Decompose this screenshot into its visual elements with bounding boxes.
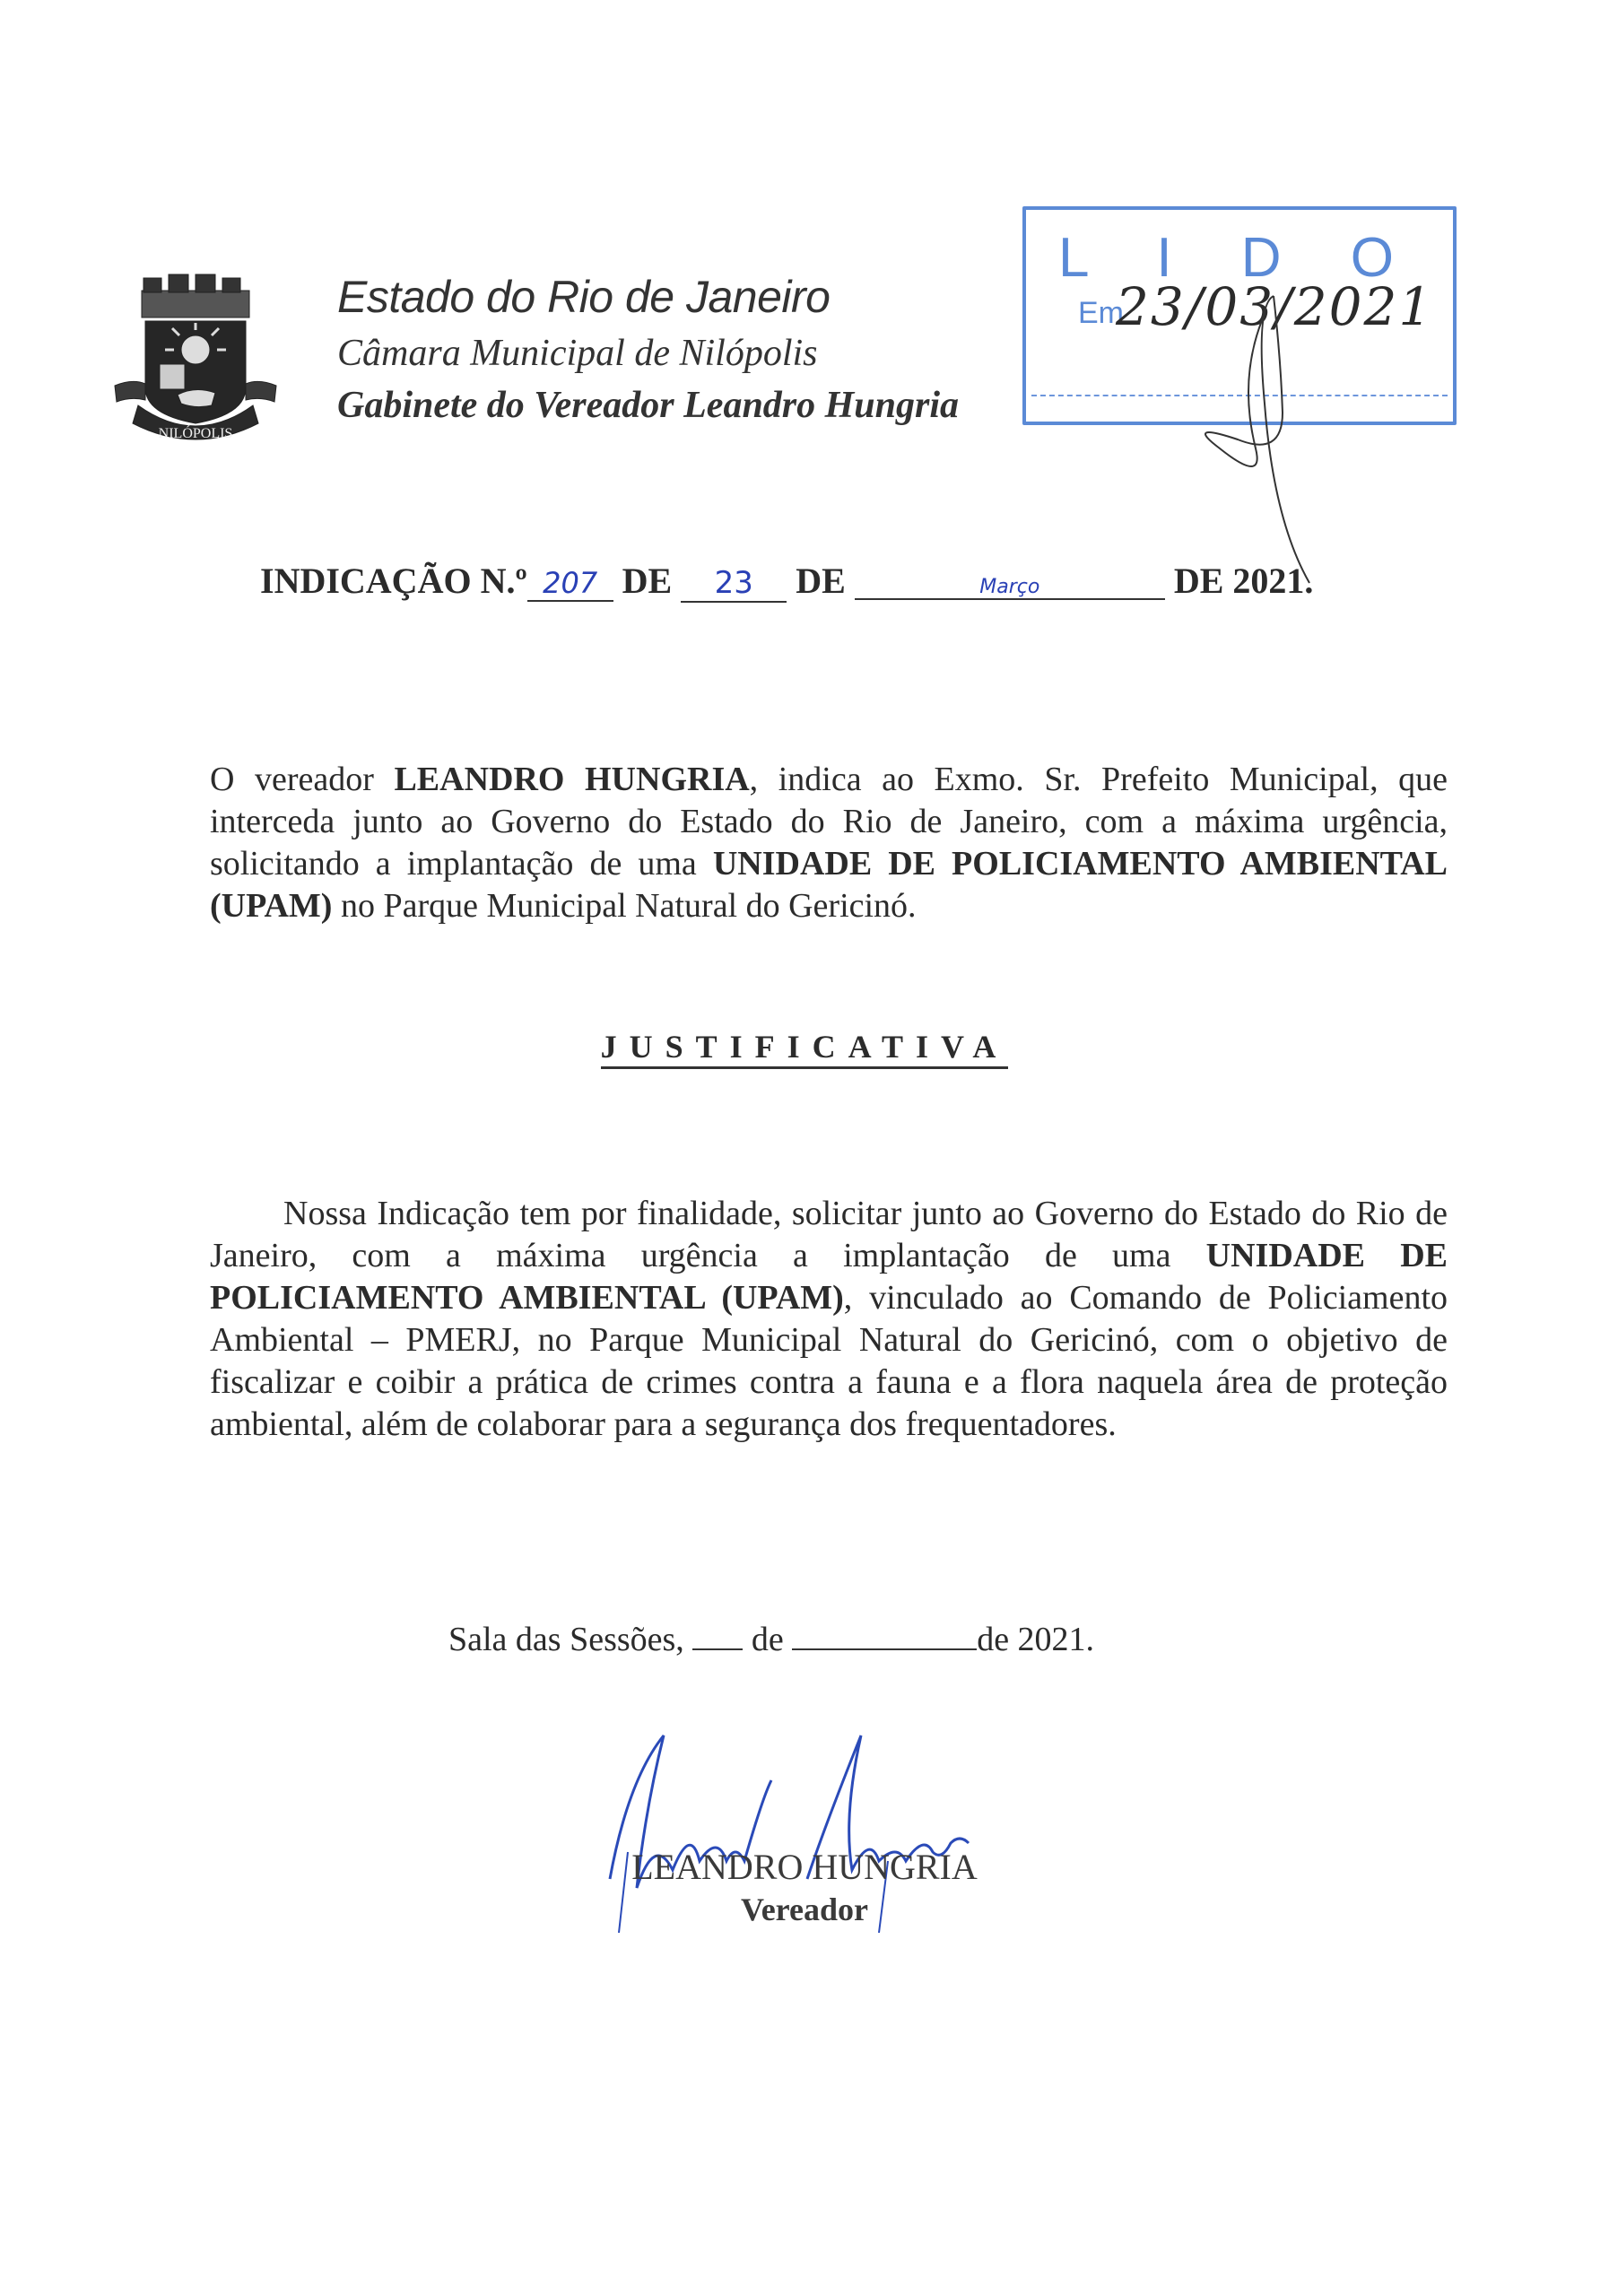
initials-signature-icon (1166, 269, 1345, 592)
heading-text: JUSTIFICATIVA (601, 1029, 1009, 1069)
indicacao-label: INDICAÇÃO N.º (260, 561, 527, 601)
state-name: Estado do Rio de Janeiro (337, 271, 830, 323)
municipal-coat-of-arms-icon: NILÓPOLIS (106, 271, 285, 447)
de-label: DE (796, 561, 846, 601)
indicacao-number-field: 207 (527, 566, 613, 602)
de-label: DE (622, 561, 673, 601)
indication-paragraph: O vereador LEANDRO HUNGRIA, indica ao Ex… (210, 759, 1448, 927)
justification-paragraph: Nossa Indicação tem por finalidade, soli… (210, 1193, 1448, 1446)
sala-label: Sala das Sessões, (448, 1621, 684, 1658)
signer-name: LEANDRO HUNGRIA (0, 1846, 1609, 1888)
signer-role: Vereador (0, 1891, 1609, 1928)
day-blank (692, 1648, 743, 1650)
indicacao-line: INDICAÇÃO N.º207 DE 23 DE Março DE 2021. (260, 560, 1313, 603)
year-label: DE 2021. (1174, 561, 1314, 601)
svg-text:NILÓPOLIS: NILÓPOLIS (159, 424, 233, 441)
de-label: de (752, 1621, 784, 1658)
text: no Parque Municipal Natural do Gericinó. (332, 887, 916, 925)
councilor-name: LEANDRO HUNGRIA (394, 761, 749, 798)
text: O vereador (210, 761, 394, 798)
year-label: de 2021. (977, 1621, 1094, 1658)
session-date-line: Sala das Sessões, de de 2021. (448, 1620, 1094, 1659)
office-name: Gabinete do Vereador Leandro Hungria (337, 384, 959, 427)
month-blank (792, 1648, 977, 1650)
chamber-name: Câmara Municipal de Nilópolis (337, 332, 818, 375)
indicacao-month-field: Março (855, 576, 1165, 600)
indicacao-day-field: 23 (681, 565, 787, 603)
justification-heading: JUSTIFICATIVA (0, 1028, 1609, 1065)
